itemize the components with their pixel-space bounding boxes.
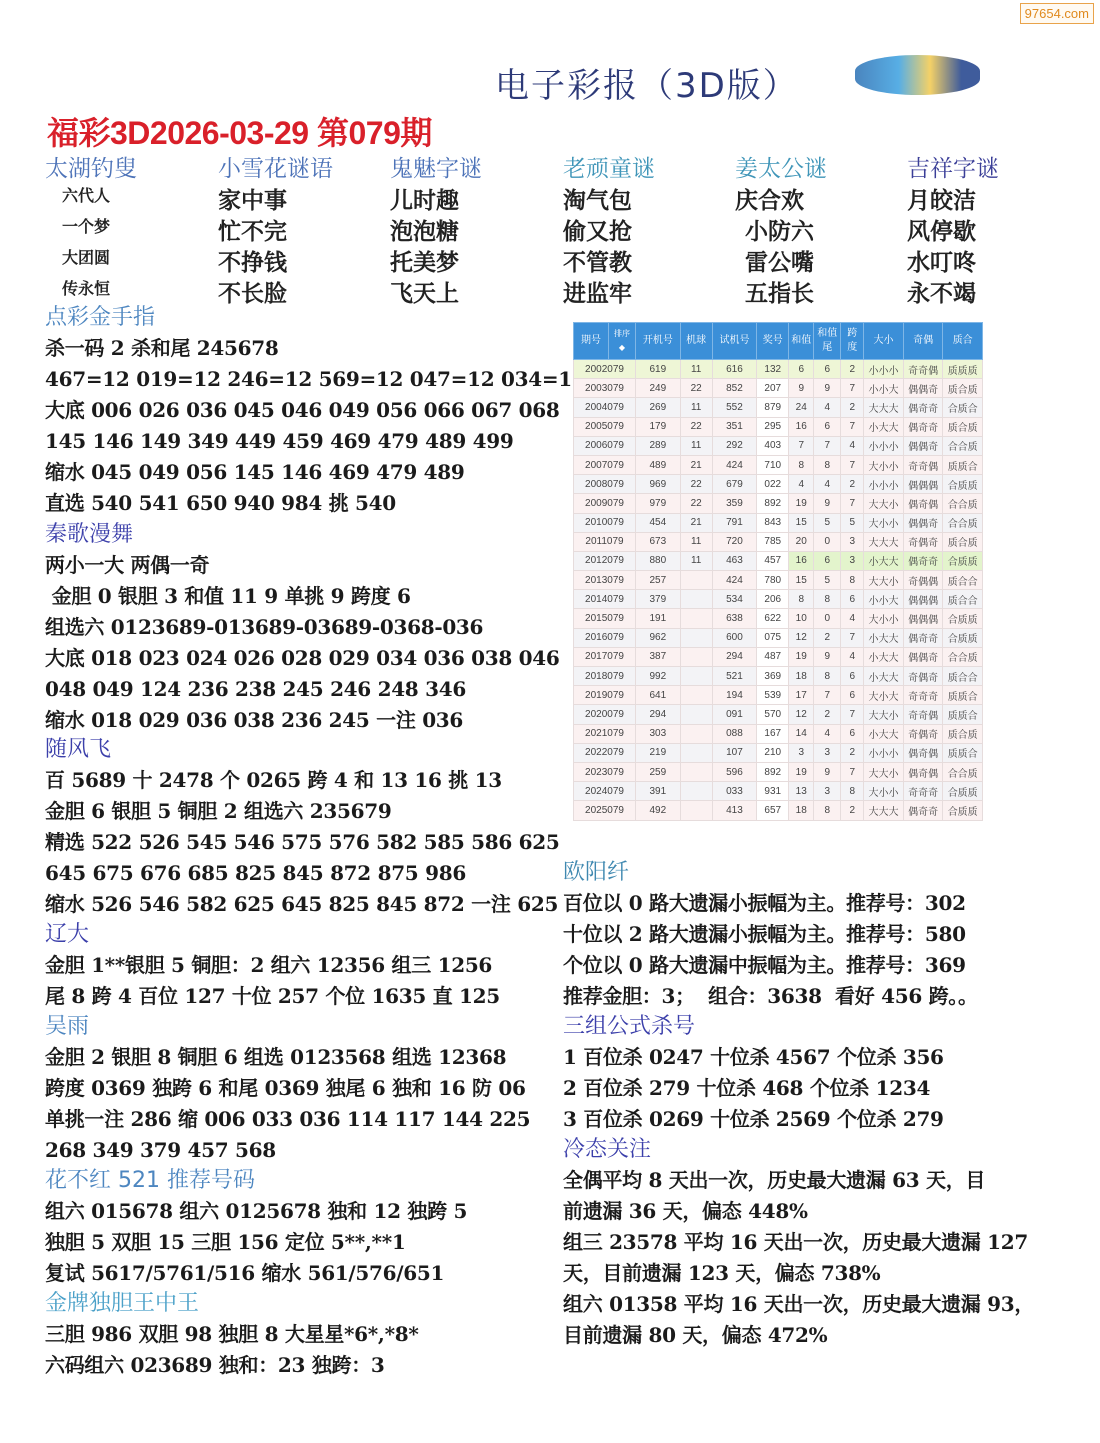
table-cell: 9 (814, 379, 841, 398)
table-cell: 3 (789, 743, 814, 762)
table-cell: 091 (712, 705, 757, 724)
table-cell: 6 (789, 360, 814, 379)
table-cell: 2025079 (574, 801, 636, 820)
table-cell: 奇奇奇 (903, 686, 943, 705)
col-jiou: 奇偶 (903, 323, 943, 360)
riddle-line: 月皎洁 (907, 182, 1077, 213)
sort-button[interactable]: 排序◆ (609, 323, 636, 360)
table-cell (680, 782, 712, 801)
riddle-line: 庆合欢 (735, 182, 905, 213)
table-cell: 奇奇偶 (903, 360, 943, 379)
table-cell: 596 (712, 762, 757, 781)
section-line: 单挑一注 286 缩 006 033 036 114 117 144 225 (45, 1104, 555, 1135)
section-line: 组六 01358 平均 16 天出一次，历史最大遗漏 93， (563, 1289, 1063, 1320)
table-row: 20240793910339311338大小小奇奇奇合质质 (574, 782, 983, 801)
section-line: 2 百位杀 279 十位杀 468 个位杀 1234 (563, 1073, 1063, 1104)
col-jiqiu: 机球 (680, 323, 712, 360)
masthead-title: 电子彩报（3D版） (495, 58, 799, 107)
table-cell: 2 (841, 360, 864, 379)
table-cell: 6 (841, 590, 864, 609)
table-cell: 2010079 (574, 513, 636, 532)
table-row: 2022079219107210332小小小偶奇偶质质合 (574, 743, 983, 762)
table-cell: 4 (841, 436, 864, 455)
table-cell: 11 (680, 551, 712, 570)
table-cell: 463 (712, 551, 757, 570)
table-cell: 2006079 (574, 436, 636, 455)
table-cell: 合质质 (943, 801, 983, 820)
table-cell: 大小小 (864, 782, 904, 801)
table-cell: 2023079 (574, 762, 636, 781)
table-cell: 大大小 (864, 762, 904, 781)
section-wu-yu: 吴雨 金胆 2 银胆 8 铜胆 6 组选 0123568 组选 12368 跨度… (45, 1012, 555, 1166)
table-cell (680, 647, 712, 666)
table-cell: 大大大 (864, 801, 904, 820)
section-qin-ge-man-wu: 秦歌漫舞 两小一大 两偶一奇 金胆 0 银胆 3 和值 11 9 单挑 9 跨度… (45, 520, 555, 736)
table-cell: 879 (757, 398, 789, 417)
table-cell: 大小小 (864, 609, 904, 628)
table-cell: 2005079 (574, 417, 636, 436)
table-cell (680, 762, 712, 781)
table-cell: 质合质 (943, 417, 983, 436)
table-cell: 质质合 (943, 686, 983, 705)
table-row: 20160799626000751227小大大偶奇奇合质质 (574, 628, 983, 647)
table-cell: 292 (712, 436, 757, 455)
table-cell: 780 (757, 571, 789, 590)
riddle-line: 五指长 (735, 275, 905, 306)
table-row: 20210793030881671446小大大奇偶奇质合质 (574, 724, 983, 743)
table-cell: 偶偶偶 (903, 475, 943, 494)
table-cell: 2024079 (574, 782, 636, 801)
table-cell: 880 (636, 551, 681, 570)
table-cell: 9 (814, 647, 841, 666)
page-title: 福彩3D2026-03-29 第079期 (47, 108, 432, 154)
section-line: 缩水 018 029 036 038 236 245 一注 036 (45, 705, 555, 736)
col-jianghao: 奖号 (757, 323, 789, 360)
table-cell: 2 (814, 628, 841, 647)
table-cell: 2 (841, 743, 864, 762)
table-cell: 偶奇奇 (903, 398, 943, 417)
section-line: 组三 23578 平均 16 天出一次，历史最大遗漏 127 (563, 1227, 1063, 1258)
table-cell: 657 (757, 801, 789, 820)
section-line: 3 百位杀 0269 十位杀 2569 个位杀 279 (563, 1104, 1063, 1135)
table-cell (680, 571, 712, 590)
table-cell: 191 (636, 609, 681, 628)
table-cell: 小小小 (864, 743, 904, 762)
table-cell: 21 (680, 455, 712, 474)
riddle-line: 偷又抢 (563, 213, 733, 244)
table-cell: 259 (636, 762, 681, 781)
section-line: 跨度 0369 独跨 6 和尾 0369 独尾 6 独和 16 防 06 (45, 1073, 555, 1104)
table-cell: 2021079 (574, 724, 636, 743)
table-cell: 8 (814, 801, 841, 820)
table-row: 20250794924136571882大大大偶奇奇合质质 (574, 801, 983, 820)
table-cell: 7 (841, 762, 864, 781)
table-cell: 9 (789, 379, 814, 398)
riddle-header: 吉祥字谜 (907, 150, 1077, 182)
table-cell (680, 801, 712, 820)
table-cell: 13 (789, 782, 814, 801)
section-line: 467=12 019=12 246=12 569=12 047=12 034=1… (45, 364, 555, 395)
table-row: 20180799925213691886小大大奇偶奇质合合 (574, 667, 983, 686)
table-cell: 大大小 (864, 494, 904, 513)
table-cell: 质合质 (943, 379, 983, 398)
table-cell: 391 (636, 782, 681, 801)
table-cell: 8 (841, 782, 864, 801)
section-line: 1 百位杀 0247 十位杀 4567 个位杀 356 (563, 1042, 1063, 1073)
table-cell: 11 (680, 436, 712, 455)
table-cell: 892 (757, 494, 789, 513)
table-cell: 11 (680, 398, 712, 417)
table-cell: 022 (757, 475, 789, 494)
table-cell: 4 (814, 398, 841, 417)
table-cell: 17 (789, 686, 814, 705)
table-cell: 3 (814, 782, 841, 801)
riddle-line: 小防六 (735, 213, 905, 244)
table-cell: 合合质 (943, 436, 983, 455)
section-header: 随风飞 (45, 735, 555, 765)
table-cell: 075 (757, 628, 789, 647)
table-cell: 小小小 (864, 360, 904, 379)
table-row: 20130792574247801558大大小奇偶偶质合合 (574, 571, 983, 590)
table-cell: 979 (636, 494, 681, 513)
table-cell: 207 (757, 379, 789, 398)
table-cell: 7 (841, 628, 864, 647)
table-cell: 2 (841, 801, 864, 820)
section-line: 尾 8 跨 4 百位 127 十位 257 个位 1635 直 125 (45, 981, 555, 1012)
riddle-header: 鬼魅字谜 (390, 150, 560, 182)
riddle-column: 小雪花谜语 家中事 忙不完 不挣钱 不长脸 (218, 150, 388, 306)
watermark: 97654.com (1020, 3, 1094, 24)
section-line: 杀一码 2 杀和尾 245678 (45, 333, 555, 364)
table-cell: 2004079 (574, 398, 636, 417)
table-cell: 622 (757, 609, 789, 628)
table-cell: 289 (636, 436, 681, 455)
table-row: 20190796411945391776大小大奇奇奇质质合 (574, 686, 983, 705)
section-line: 大底 018 023 024 026 028 029 034 036 038 0… (45, 643, 555, 674)
table-cell: 931 (757, 782, 789, 801)
table-cell: 534 (712, 590, 757, 609)
col-shiji: 试机号 (712, 323, 757, 360)
table-cell: 8 (814, 667, 841, 686)
table-cell: 962 (636, 628, 681, 647)
table-cell: 194 (712, 686, 757, 705)
table-cell: 12 (789, 705, 814, 724)
riddle-line: 水叮咚 (907, 244, 1077, 275)
table-cell: 8 (814, 590, 841, 609)
table-cell: 2 (841, 475, 864, 494)
section-line: 金胆 2 银胆 8 铜胆 6 组选 0123568 组选 12368 (45, 1042, 555, 1073)
table-cell: 合质质 (943, 551, 983, 570)
riddle-line: 六代人 (45, 182, 215, 213)
table-cell: 7 (841, 455, 864, 474)
table-cell: 小大大 (864, 667, 904, 686)
table-cell: 2015079 (574, 609, 636, 628)
riddle-line: 飞天上 (390, 275, 560, 306)
table-cell: 大小小 (864, 455, 904, 474)
table-cell: 偶奇奇 (903, 551, 943, 570)
table-cell: 18 (789, 801, 814, 820)
table-cell: 641 (636, 686, 681, 705)
table-cell: 奇偶奇 (903, 667, 943, 686)
riddle-line: 永不竭 (907, 275, 1077, 306)
table-cell: 539 (757, 686, 789, 705)
table-cell: 15 (789, 571, 814, 590)
section-line: 六码组六 023689 独和：23 独跨：3 (45, 1350, 555, 1381)
section-line: 大底 006 026 036 045 046 049 056 066 067 0… (45, 395, 555, 426)
table-cell: 15 (789, 513, 814, 532)
table-cell: 质合合 (943, 590, 983, 609)
table-cell: 457 (757, 551, 789, 570)
riddle-header: 小雪花谜语 (218, 150, 388, 182)
section-line: 百 5689 十 2478 个 0265 跨 4 和 13 16 挑 13 (45, 765, 555, 796)
table-cell: 7 (841, 379, 864, 398)
table-cell: 偶偶奇 (903, 647, 943, 666)
table-cell: 小小大 (864, 379, 904, 398)
table-cell: 质合质 (943, 532, 983, 551)
section-line: 145 146 149 349 449 459 469 479 489 499 (45, 426, 555, 457)
table-cell: 269 (636, 398, 681, 417)
table-cell: 5 (814, 513, 841, 532)
section-line: 前遗漏 36 天，偏态 448% (563, 1196, 1063, 1227)
table-cell: 303 (636, 724, 681, 743)
section-header: 欧阳纤 (563, 858, 1063, 888)
table-cell: 3 (841, 551, 864, 570)
table-cell: 351 (712, 417, 757, 436)
section-line: 缩水 045 049 056 145 146 469 479 489 (45, 457, 555, 488)
section-line: 复试 5617/5761/516 缩水 561/576/651 (45, 1258, 555, 1289)
riddle-header: 姜太公谜 (735, 150, 905, 182)
table-cell: 257 (636, 571, 681, 590)
table-row: 200607928911292403774小小小偶偶奇合合质 (574, 436, 983, 455)
table-cell: 大大小 (864, 705, 904, 724)
table-cell: 2018079 (574, 667, 636, 686)
section-header: 吴雨 (45, 1012, 555, 1042)
section-line: 两小一大 两偶一奇 (45, 550, 555, 581)
table-cell: 619 (636, 360, 681, 379)
table-cell: 4 (814, 475, 841, 494)
riddle-line: 不长脸 (218, 275, 388, 306)
table-cell: 791 (712, 513, 757, 532)
table-row: 2005079179223512951667小大大偶奇奇质合质 (574, 417, 983, 436)
table-row: 2009079979223598921997大大小偶奇偶合合质 (574, 494, 983, 513)
section-line: 组六 015678 组六 0125678 独和 12 独跨 5 (45, 1196, 555, 1227)
table-cell: 710 (757, 455, 789, 474)
table-cell: 合合质 (943, 494, 983, 513)
table-cell: 969 (636, 475, 681, 494)
table-cell: 22 (680, 494, 712, 513)
table-cell: 369 (757, 667, 789, 686)
col-kaiji: 开机号 (636, 323, 681, 360)
table-cell: 2 (814, 705, 841, 724)
table-cell (680, 686, 712, 705)
table-row: 2010079454217918431555大小小偶偶奇合合质 (574, 513, 983, 532)
table-cell: 2 (841, 398, 864, 417)
table-cell (680, 724, 712, 743)
table-cell: 489 (636, 455, 681, 474)
table-cell: 616 (712, 360, 757, 379)
section-line: 268 349 379 457 568 (45, 1135, 555, 1166)
section-header: 花不红 521 推荐号码 (45, 1166, 555, 1196)
table-cell: 2017079 (574, 647, 636, 666)
table-cell: 892 (757, 762, 789, 781)
section-line: 天，目前遗漏 123 天，偏态 738% (563, 1258, 1063, 1289)
table-cell: 2013079 (574, 571, 636, 590)
section-header: 点彩金手指 (45, 303, 555, 333)
table-cell: 7 (841, 417, 864, 436)
col-kuadu: 跨度 (841, 323, 864, 360)
table-row: 2012079880114634571663小大大偶奇奇合质质 (574, 551, 983, 570)
riddle-column: 太湖钓叟 六代人 一个梦 大团圆 传永恒 (45, 150, 215, 306)
table-cell: 偶偶奇 (903, 379, 943, 398)
table-cell: 16 (789, 417, 814, 436)
table-cell: 7 (814, 686, 841, 705)
riddle-column: 鬼魅字谜 儿时趣 泡泡糖 托美梦 飞天上 (390, 150, 560, 306)
col-period[interactable]: 期号 (574, 323, 609, 360)
section-sui-feng-fei: 随风飞 百 5689 十 2478 个 0265 跨 4 和 13 16 挑 1… (45, 735, 555, 920)
table-row: 200307924922852207997小小大偶偶奇质合质 (574, 379, 983, 398)
table-cell: 7 (841, 705, 864, 724)
table-cell: 843 (757, 513, 789, 532)
table-cell: 6 (814, 417, 841, 436)
table-cell: 720 (712, 532, 757, 551)
table-cell: 偶偶偶 (903, 590, 943, 609)
table-cell (680, 628, 712, 647)
col-hezhi: 和值 (789, 323, 814, 360)
table-cell: 合质合 (943, 398, 983, 417)
section-header: 冷态关注 (563, 1135, 1063, 1165)
table-cell: 合合质 (943, 762, 983, 781)
table-cell: 大小小 (864, 513, 904, 532)
table-cell: 奇奇偶 (903, 705, 943, 724)
table-cell: 质合合 (943, 571, 983, 590)
section-line: 645 675 676 685 825 845 872 875 986 (45, 858, 555, 889)
table-cell: 359 (712, 494, 757, 513)
table-cell: 11 (680, 360, 712, 379)
table-cell: 19 (789, 647, 814, 666)
table-cell: 6 (814, 360, 841, 379)
table-cell: 294 (712, 647, 757, 666)
section-line: 缩水 526 546 582 625 645 825 845 872 一注 62… (45, 889, 555, 920)
table-cell: 132 (757, 360, 789, 379)
table-cell: 奇奇奇 (903, 782, 943, 801)
section-line: 金胆 0 银胆 3 和值 11 9 单挑 9 跨度 6 (45, 581, 555, 612)
section-line: 三胆 986 双胆 98 独胆 8 大星星*6*,*8* (45, 1319, 555, 1350)
riddle-line: 忙不完 (218, 213, 388, 244)
section-header: 三组公式杀号 (563, 1012, 1063, 1042)
table-header-row: 期号 排序◆ 开机号 机球 试机号 奖号 和值 和值尾 跨度 大小 奇偶 质合 (574, 323, 983, 360)
section-jin-pai-du-dan: 金牌独胆王中王 三胆 986 双胆 98 独胆 8 大星星*6*,*8* 六码组… (45, 1289, 555, 1381)
table-cell: 4 (841, 609, 864, 628)
col-zhihe: 质合 (943, 323, 983, 360)
table-cell: 大大大 (864, 532, 904, 551)
history-table-body: 200207961911616132662小小小奇奇偶质质质2003079249… (574, 360, 983, 821)
riddle-line: 泡泡糖 (390, 213, 560, 244)
riddle-line: 家中事 (218, 182, 388, 213)
table-cell: 小大大 (864, 724, 904, 743)
table-cell: 424 (712, 455, 757, 474)
table-row: 2014079379534206886小小大偶偶偶质合合 (574, 590, 983, 609)
table-cell: 质质合 (943, 455, 983, 474)
cwl-logo-icon (855, 55, 980, 95)
riddle-line: 进监牢 (563, 275, 733, 306)
section-line: 推荐金胆：3； 组合：3638 看好 456 跨。。 (563, 981, 1063, 1012)
table-cell: 2002079 (574, 360, 636, 379)
table-cell: 033 (712, 782, 757, 801)
table-cell: 14 (789, 724, 814, 743)
table-cell: 偶奇奇 (903, 801, 943, 820)
section-hua-bu-hong: 花不红 521 推荐号码 组六 015678 组六 0125678 独和 12 … (45, 1166, 555, 1289)
table-cell: 偶奇偶 (903, 494, 943, 513)
table-cell: 19 (789, 762, 814, 781)
riddle-line: 托美梦 (390, 244, 560, 275)
table-cell: 424 (712, 571, 757, 590)
table-cell: 7 (841, 494, 864, 513)
table-cell: 8 (789, 455, 814, 474)
table-cell: 小小小 (864, 436, 904, 455)
riddle-line: 淘气包 (563, 182, 733, 213)
riddle-line: 儿时趣 (390, 182, 560, 213)
table-cell: 454 (636, 513, 681, 532)
table-cell: 9 (814, 762, 841, 781)
table-row: 20170793872944871994小大大偶偶奇合合质 (574, 647, 983, 666)
table-cell: 小小大 (864, 590, 904, 609)
table-cell: 6 (814, 551, 841, 570)
section-leng-tai-guan-zhu: 冷态关注 全偶平均 8 天出一次，历史最大遗漏 63 天，目 前遗漏 36 天，… (563, 1135, 1063, 1351)
table-cell: 6 (841, 686, 864, 705)
table-cell: 奇偶奇 (903, 532, 943, 551)
section-line: 金胆 1**银胆 5 铜胆：2 组六 12356 组三 1256 (45, 950, 555, 981)
table-cell (680, 667, 712, 686)
table-cell: 8 (814, 455, 841, 474)
table-cell: 487 (757, 647, 789, 666)
table-cell: 2003079 (574, 379, 636, 398)
section-line: 百位以 0 路大遗漏小振幅为主。推荐号：302 (563, 888, 1063, 919)
table-cell: 合质质 (943, 782, 983, 801)
table-cell: 奇奇偶 (903, 455, 943, 474)
section-dian-cai-jin-shou-zhi: 点彩金手指 杀一码 2 杀和尾 245678 467=12 019=12 246… (45, 303, 555, 519)
table-cell: 小小小 (864, 475, 904, 494)
table-cell: 22 (680, 379, 712, 398)
table-cell: 小大大 (864, 628, 904, 647)
table-cell: 大大小 (864, 571, 904, 590)
table-cell: 16 (789, 551, 814, 570)
table-cell: 偶偶奇 (903, 436, 943, 455)
table-cell (680, 743, 712, 762)
riddle-column: 老顽童谜 淘气包 偷又抢 不管教 进监牢 (563, 150, 733, 306)
table-cell: 质合质 (943, 724, 983, 743)
section-ou-yang-xian: 欧阳纤 百位以 0 路大遗漏小振幅为主。推荐号：302 十位以 2 路大遗漏小振… (563, 858, 1063, 1012)
table-cell: 2012079 (574, 551, 636, 570)
table-cell: 22 (680, 475, 712, 494)
table-cell: 521 (712, 667, 757, 686)
history-table: 期号 排序◆ 开机号 机球 试机号 奖号 和值 和值尾 跨度 大小 奇偶 质合 … (573, 322, 983, 821)
table-cell: 992 (636, 667, 681, 686)
table-cell: 22 (680, 417, 712, 436)
table-cell: 小大大 (864, 551, 904, 570)
table-cell: 小大大 (864, 647, 904, 666)
table-cell: 600 (712, 628, 757, 647)
table-cell: 679 (712, 475, 757, 494)
table-cell (680, 705, 712, 724)
table-cell: 合合质 (943, 647, 983, 666)
table-cell: 219 (636, 743, 681, 762)
section-liao-da: 辽大 金胆 1**银胆 5 铜胆：2 组六 12356 组三 1256 尾 8 … (45, 920, 555, 1012)
table-cell: 偶奇偶 (903, 762, 943, 781)
table-cell: 合质质 (943, 475, 983, 494)
table-cell: 6 (841, 724, 864, 743)
table-cell: 8 (841, 571, 864, 590)
table-cell: 210 (757, 743, 789, 762)
